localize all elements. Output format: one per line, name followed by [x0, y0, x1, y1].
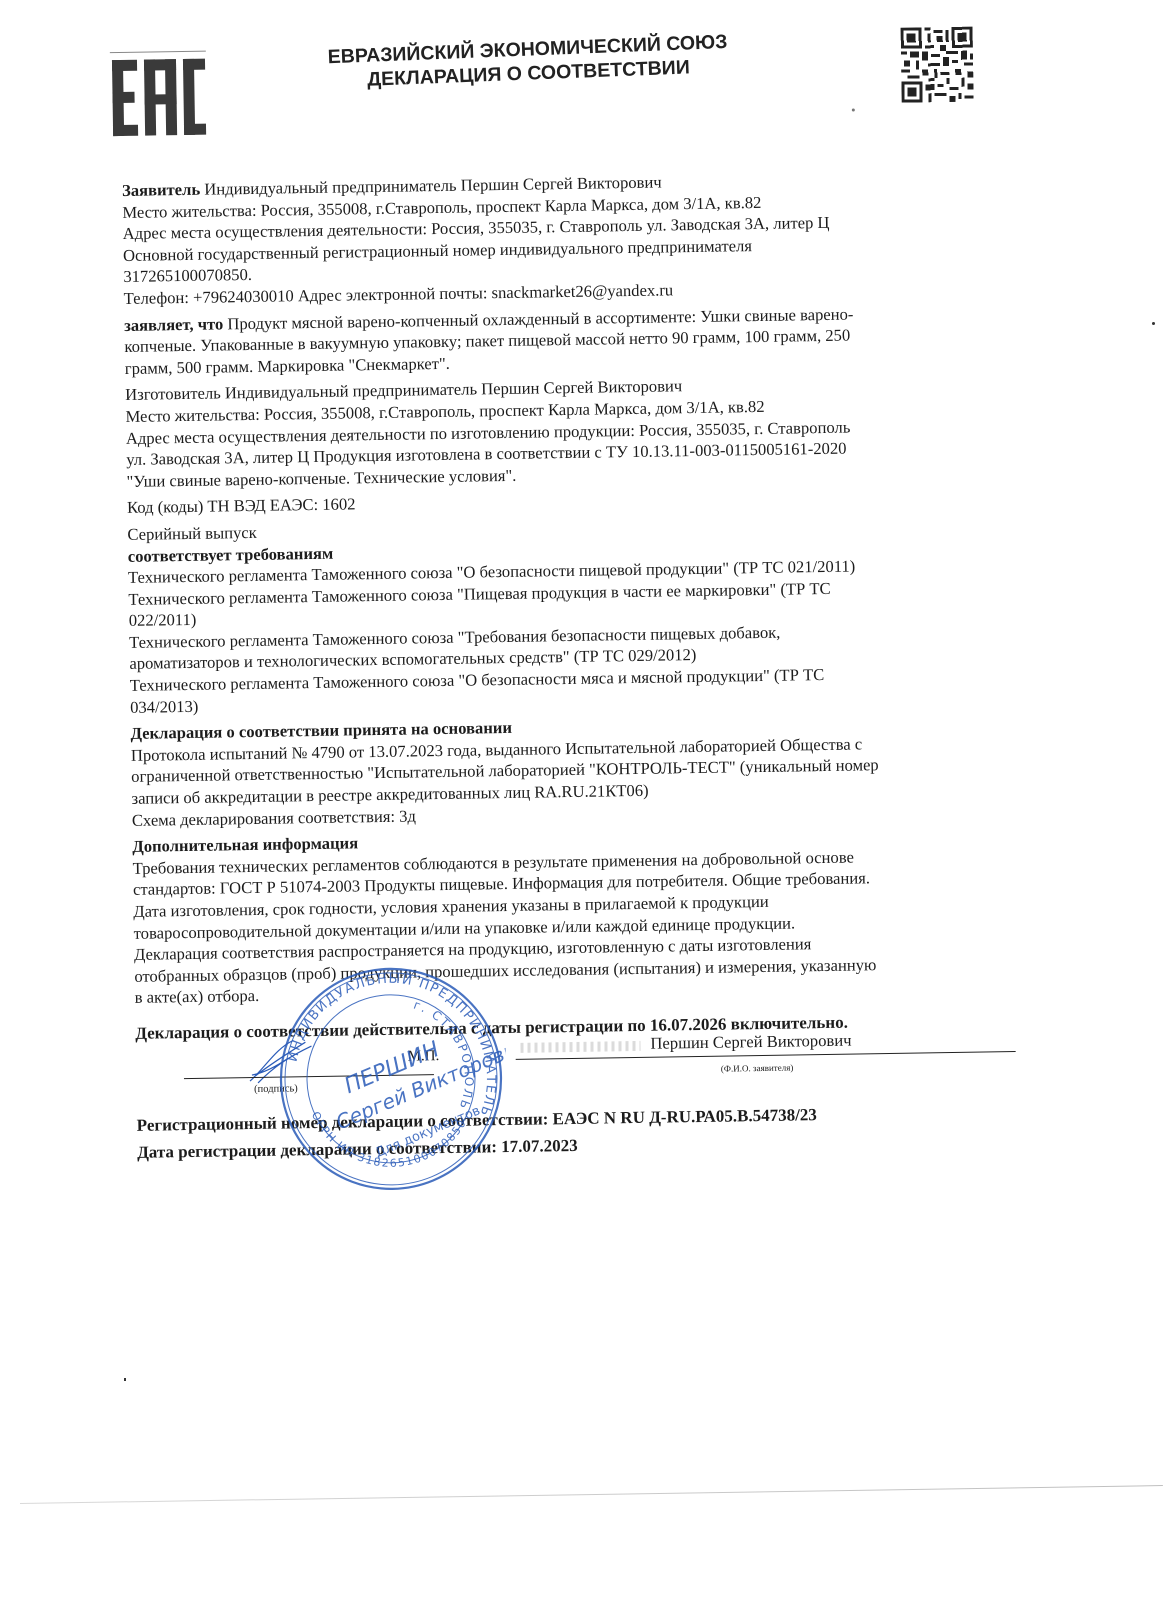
qr-code-icon — [901, 27, 974, 103]
applicant-section: Заявитель Индивидуальный предприниматель… — [122, 166, 1004, 309]
seal-place-label: М.П. — [407, 1046, 439, 1068]
applicant-label: Заявитель — [122, 180, 200, 200]
manufacturer-section: Изготовитель Индивидуальный предпринимат… — [125, 370, 1007, 492]
additional-info-list: Требования технических регламентов соблю… — [132, 844, 1014, 1009]
name-caption: (Ф.И.О. заявителя) — [721, 1057, 794, 1080]
eac-logo — [110, 51, 207, 138]
scan-speck — [124, 1378, 126, 1381]
scan-speck — [1152, 322, 1155, 325]
signature-block: М.П. (подпись) Першин Сергей Викторович … — [135, 1031, 1016, 1115]
declaration-body: Заявитель Индивидуальный предприниматель… — [122, 166, 1017, 1163]
requirements-list: Технического регламента Таможенного союз… — [128, 553, 1010, 718]
applicant-full-name: Першин Сергей Викторович — [650, 1029, 851, 1054]
signature-caption: (подпись) — [254, 1078, 298, 1100]
faint-signature-mark — [520, 1040, 640, 1052]
declaration-page: ЕВРАЗИЙСКИЙ ЭКОНОМИЧЕСКИЙ СОЮЗ ДЕКЛАРАЦИ… — [0, 0, 1163, 1600]
eac-mark-icon — [110, 51, 207, 138]
declares-label: заявляет, что — [124, 314, 223, 335]
basis-list: Протокола испытаний № 4790 от 13.07.2023… — [131, 731, 1012, 831]
header-titles: ЕВРАЗИЙСКИЙ ЭКОНОМИЧЕСКИЙ СОЮЗ ДЕКЛАРАЦИ… — [297, 29, 759, 95]
scan-speck — [852, 108, 855, 111]
